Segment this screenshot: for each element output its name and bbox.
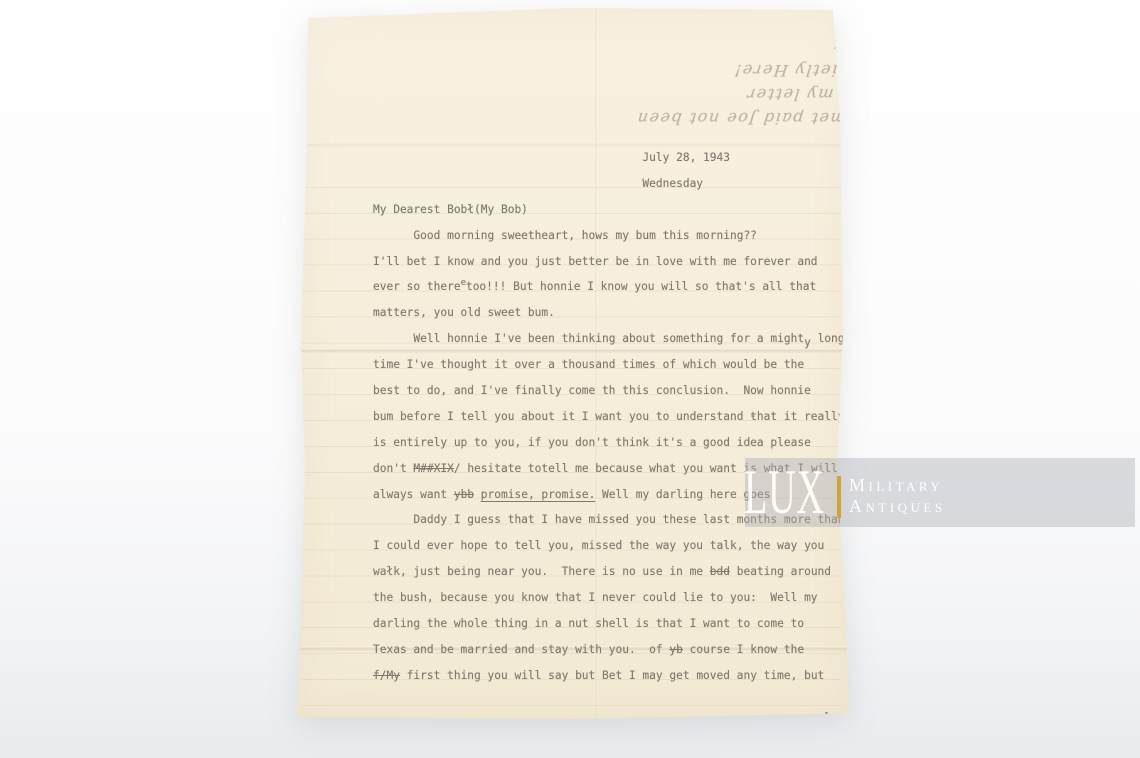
trailing-period-mark bbox=[825, 712, 828, 715]
typed-line: ever so thereetoo!!! But honnie I know y… bbox=[373, 274, 858, 300]
typed-line: Texas and be married and stay with you. … bbox=[373, 637, 858, 663]
handwriting-line: You begin ha. these Memorials bbox=[608, 34, 1128, 58]
typed-line: wałk, just being near you. There is no u… bbox=[373, 559, 858, 585]
typed-line: Well honnie I've been thinking about som… bbox=[373, 326, 858, 352]
handwriting-line: Bob here - Bob met paid Joe not been bbox=[608, 106, 1128, 130]
typed-line: time I've thought it over a thousand tim… bbox=[373, 352, 858, 378]
watermark-brand-text: Military Antiques bbox=[849, 475, 946, 517]
typed-line: darling the whole thing in a nut shell i… bbox=[373, 611, 858, 637]
typed-letter-body: July 28, 1943 WednesdayMy Dearest Bobł(M… bbox=[373, 145, 858, 689]
typed-line: bum before I tell you about it I want yo… bbox=[373, 404, 858, 430]
handwriting-line: paragraph right in not told quietly Here… bbox=[608, 58, 1128, 82]
watermark-line-antiques: Antiques bbox=[849, 496, 946, 517]
typed-line: Good morning sweetheart, hows my bum thi… bbox=[373, 223, 858, 249]
typed-line: best to do, and I've finally come th thi… bbox=[373, 378, 858, 404]
typed-line: the bush, because you know that I never … bbox=[373, 585, 858, 611]
typed-line: My Dearest Bobł(My Bob) bbox=[373, 197, 858, 223]
typed-line: Wednesday bbox=[373, 171, 858, 197]
typed-line: is entirely up to you, if you don't thin… bbox=[373, 430, 858, 456]
typed-line: f/My first thing you will say but Bet I … bbox=[373, 663, 858, 689]
letter-sheet-wrapper: Bob here - Bob met paid Joe not beenspil… bbox=[291, 2, 853, 722]
handwriting-line: spilling (Riverfront Kings) for my lette… bbox=[608, 82, 1128, 106]
lux-logo: LUX bbox=[744, 459, 825, 528]
watermark-divider bbox=[837, 476, 841, 518]
typed-line: July 28, 1943 bbox=[373, 145, 858, 171]
watermark-line-military: Military bbox=[849, 475, 946, 496]
typed-line: I'll bet I know and you just better be i… bbox=[373, 249, 858, 275]
letter-sheet: Bob here - Bob met paid Joe not beenspil… bbox=[291, 2, 853, 722]
product-photo-of-1943-letter: { "photo": { "background_top": "#fefefe"… bbox=[0, 0, 1140, 758]
typed-line: matters, you old sweet bum. bbox=[373, 300, 858, 326]
handwriting-note-inverted: Bob here - Bob met paid Joe not beenspil… bbox=[609, 18, 1126, 130]
typed-line: I could ever hope to tell you, missed th… bbox=[373, 533, 858, 559]
